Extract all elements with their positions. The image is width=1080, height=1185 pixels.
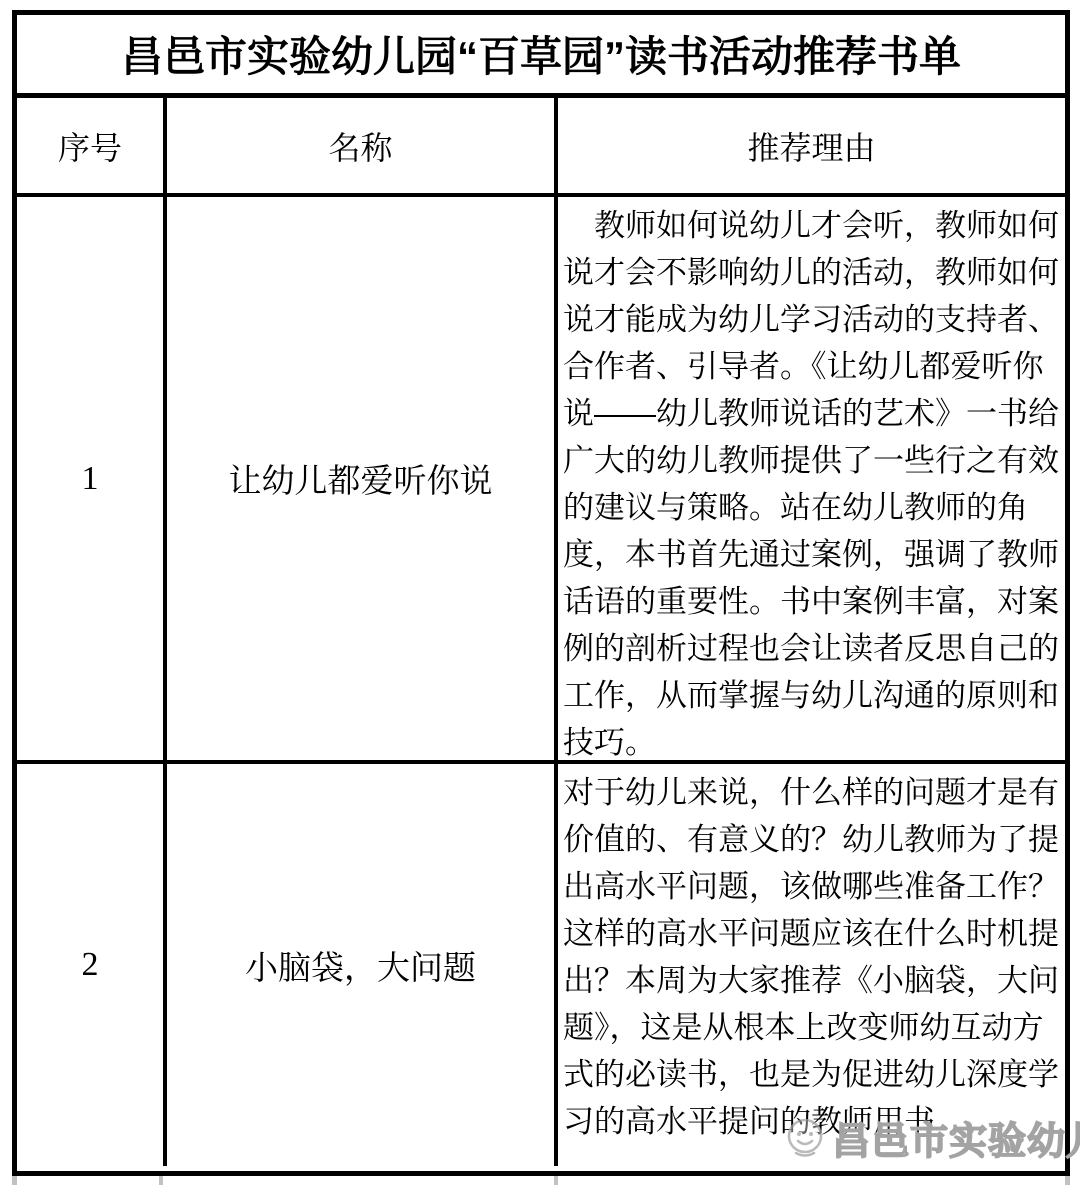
- table-edge-stub: [12, 1176, 17, 1185]
- column-header-name: 名称: [328, 123, 392, 169]
- row-1-index: 1: [82, 460, 99, 498]
- row-1-reason-text: 教师如何说幼儿才会听，教师如何 说才会不影响幼儿的活动，教师如何 说才能成为幼儿…: [558, 197, 1065, 760]
- row-2-book-name: 小脑袋，大问题: [245, 942, 476, 989]
- row-1-book-name: 让幼儿都爱听你说: [229, 455, 493, 502]
- table-title-row: 昌邑市实验幼儿园“百草园”读书活动推荐书单: [17, 15, 1065, 98]
- table-grid: 序号 名称 推荐理由 1 让幼儿都爱听你说 教师如何说幼儿才会听，教师如何 说才…: [17, 98, 1065, 1166]
- column-header-reason: 推荐理由: [747, 123, 875, 169]
- book-list-table: 昌邑市实验幼儿园“百草园”读书活动推荐书单 序号 名称 推荐理由 1 让幼儿都爱…: [12, 10, 1070, 1176]
- table-row-2-index-cell: 2: [17, 760, 163, 1166]
- table-title: 昌邑市实验幼儿园“百草园”读书活动推荐书单: [121, 24, 961, 84]
- table-edge-stub: [554, 1176, 558, 1185]
- table-row-2-name-cell: 小脑袋，大问题: [163, 760, 554, 1166]
- column-header-index: 序号: [58, 123, 122, 169]
- column-header-name-cell: 名称: [163, 98, 554, 193]
- row-2-index: 2: [82, 946, 99, 984]
- table-edge-stub: [159, 1176, 163, 1185]
- table-row-2-reason-cell: 对于幼儿来说，什么样的问题才是有 价值的、有意义的？幼儿教师为了提 出高水平问题…: [554, 760, 1065, 1166]
- table-edge-stub: [1065, 1176, 1070, 1185]
- table-row-1-reason-cell: 教师如何说幼儿才会听，教师如何 说才会不影响幼儿的活动，教师如何 说才能成为幼儿…: [554, 193, 1065, 760]
- column-header-reason-cell: 推荐理由: [554, 98, 1065, 193]
- table-row-1-index-cell: 1: [17, 193, 163, 760]
- row-2-reason-text: 对于幼儿来说，什么样的问题才是有 价值的、有意义的？幼儿教师为了提 出高水平问题…: [558, 764, 1065, 1145]
- column-header-index-cell: 序号: [17, 98, 163, 193]
- table-row-1-name-cell: 让幼儿都爱听你说: [163, 193, 554, 760]
